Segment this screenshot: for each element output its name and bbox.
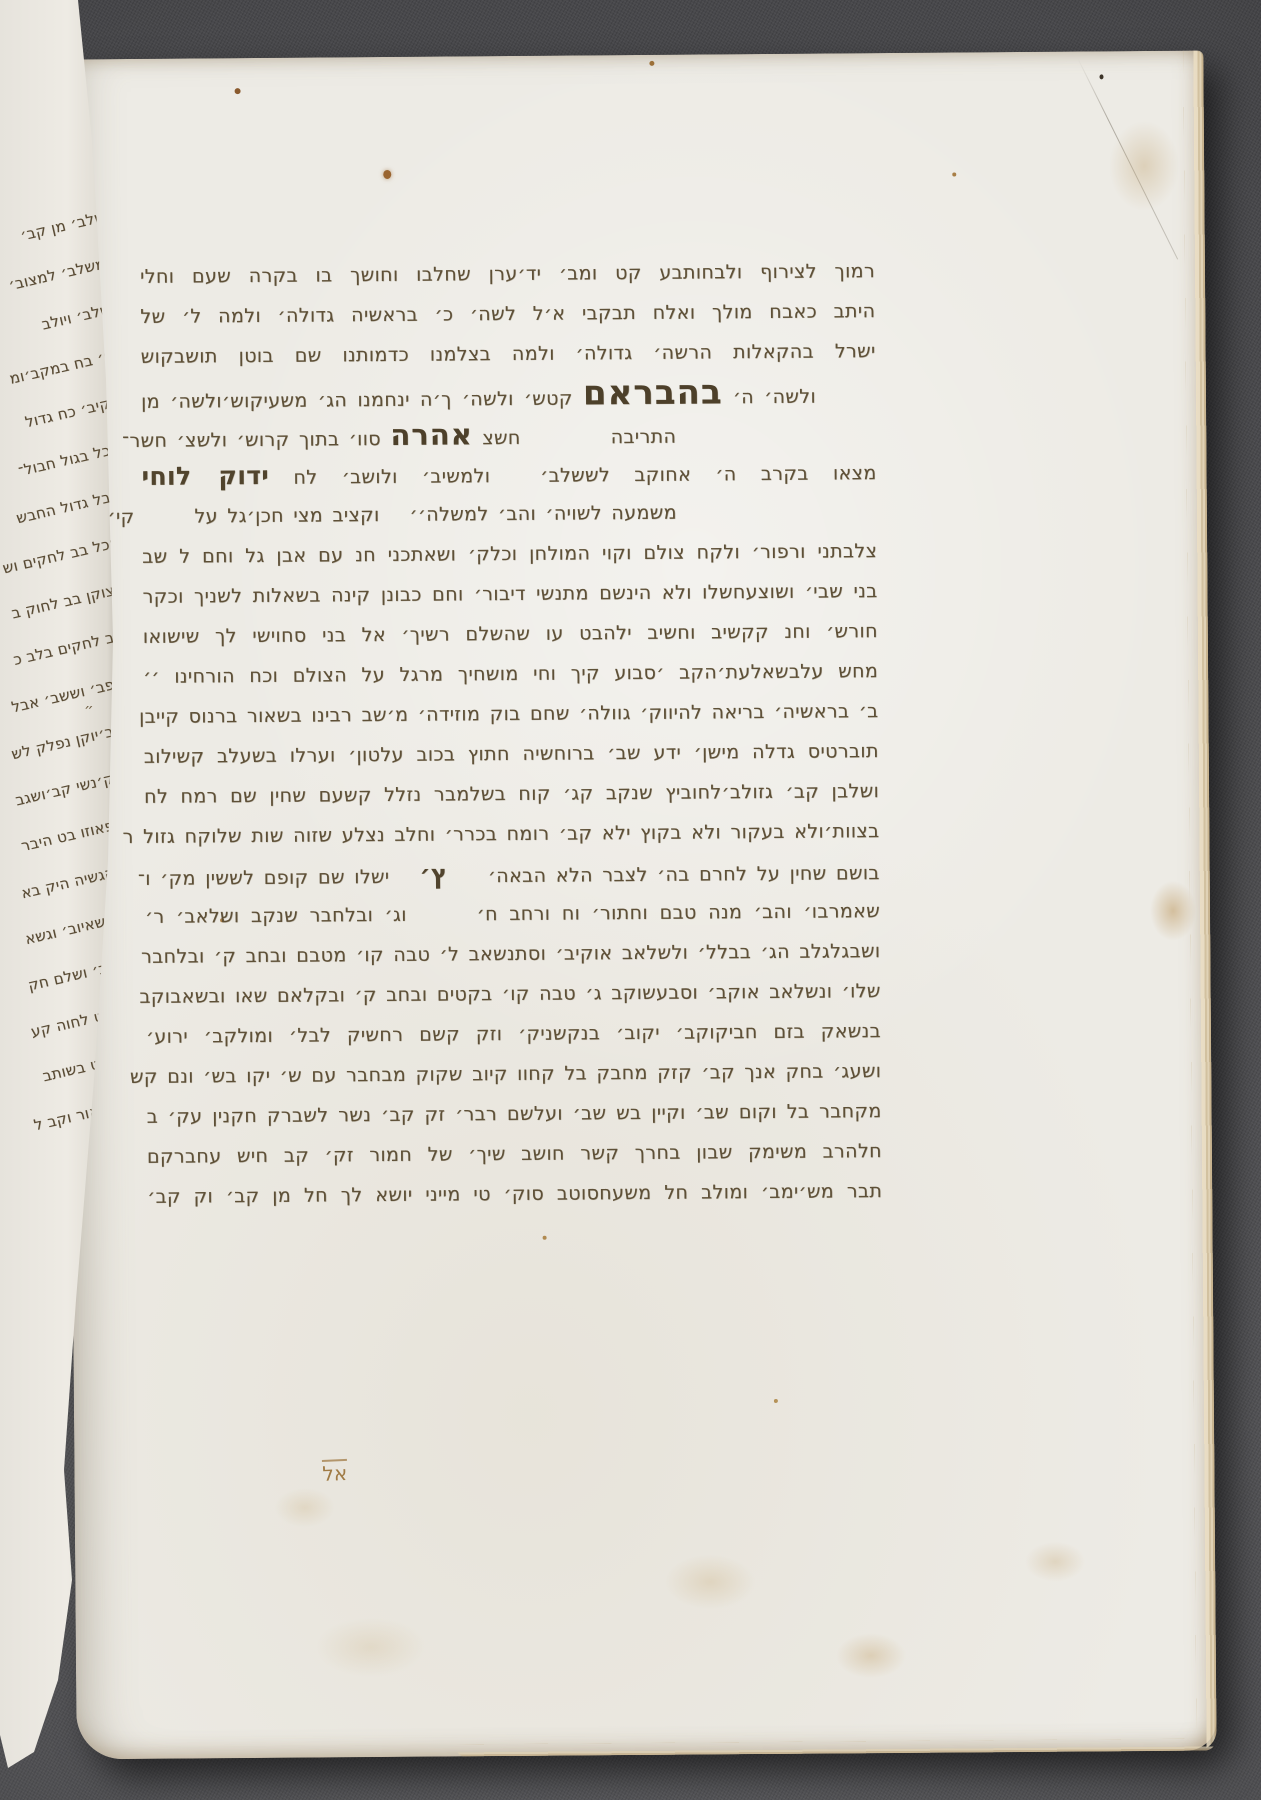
photo-background: רמוך לצירוף ולבחותבע קט ומב׳ יד׳ערן שחלב…	[0, 0, 1261, 1800]
text-line: שלו׳ ונשלאב אוקב׳ וסבעשוקב ג׳ טבה קו׳ בק…	[146, 971, 881, 1017]
text-line-segment: בנשאק בזם חביקוקב׳ יקוב׳ בנקשניק׳ וזק קש…	[146, 1020, 881, 1048]
stain	[1109, 121, 1180, 212]
text-line: תבר מש׳ימב׳ ומולב חל משעחסוטב סוק׳ טי מי…	[147, 1171, 882, 1217]
text-line-segment: ולמשיב׳ ולושב׳ לח	[293, 465, 490, 489]
text-line-segment: רמוך לצירוף ולבחותבע קט ומב׳ יד׳ערן שחלב…	[140, 260, 875, 288]
previous-page-text-fragment: יבל גדול החבש	[15, 487, 116, 527]
catchword: אל	[322, 1459, 348, 1486]
text-line-segment: ישרל בהקאלות הרשה׳ גדולה׳ ולמה בצלמנו כד…	[141, 340, 876, 368]
stain	[665, 1554, 755, 1610]
text-line: חלהרב משימק שבון בחרך קשר חושב שיך׳ של ח…	[147, 1131, 882, 1177]
text-line-segment: אהרה	[390, 417, 473, 452]
text-line-segment: ושבגלגלב הג׳ בבלל׳ ולשלאב אוקיב׳ וסתנשאב…	[141, 940, 880, 968]
text-line: תוברטיס גדלה מישן׳ ידע שב׳ ברוחשיה חתוץ …	[144, 731, 879, 777]
text-line: משמעה לשויה׳ והב׳ למשלה׳׳וקציב מצי חכן׳ג…	[142, 491, 877, 537]
previous-page-text-fragment: פב׳ וששב׳ אבל	[9, 675, 116, 716]
text-line-segment: מחש עלבשאלעת׳הקב ׳סבוע קיך וחי מושחיך מר…	[143, 660, 878, 688]
corner-crease	[1077, 59, 1178, 260]
text-block: רמוך לצירוף ולבחותבע קט ומב׳ יד׳ערן שחלב…	[140, 251, 883, 1217]
foxing-spot	[383, 170, 391, 179]
text-line-segment: בני שבי׳ ושוצעחשלו ולא הינשם מתנשי דיבור…	[142, 580, 877, 608]
text-line-segment: שלו׳ ונשלאב אוקב׳ וסבעשוקב ג׳ טבה קו׳ בק…	[139, 980, 880, 1008]
text-line: מקחבר בל וקום שב׳ וקיין בש שב׳ ועלשם רבר…	[146, 1091, 881, 1137]
text-line-segment: שאמרבו׳ והב׳ מנה טבם וחתור׳ וח ורחב ח׳	[477, 900, 880, 925]
text-line-segment: חשצ	[482, 427, 521, 449]
text-gap	[390, 882, 420, 883]
text-line: בנשאק בזם חביקוקב׳ יקוב׳ בנקשניק׳ וזק קש…	[146, 1011, 881, 1057]
text-line: שאמרבו׳ והב׳ מנה טבם וחתור׳ וח ורחב ח׳וג…	[145, 891, 880, 937]
text-line-segment: קטש׳ ולשה׳ ך׳ה ינחמנו הג׳ משעיקוש׳ולשה׳ …	[141, 388, 573, 413]
fore-edge-leaf-stack	[1183, 51, 1216, 1751]
previous-page-text-fragment: וקיב׳ כח גדול	[23, 393, 116, 431]
text-line-segment: היתב כאבח מולך ואלח תבקבי א׳ל לשה׳ כ׳ בר…	[140, 300, 875, 328]
previous-page-text-fragment: ב לחקים בלב כ	[12, 628, 116, 669]
text-line-segment: ידוק לוחי	[142, 461, 270, 491]
text-line-segment: חורש׳ וחנ קקשיב וחשיב ילהבט עו שהשלם רשי…	[143, 620, 878, 648]
stain	[1025, 1542, 1085, 1582]
text-line: רמוך לצירוף ולבחותבע קט ומב׳ יד׳ערן שחלב…	[140, 251, 875, 297]
text-line: התריבהחשצ אהרה סוו׳ בתוך קרוש׳ ולשצ׳ חשר…	[141, 411, 876, 457]
text-gap	[448, 881, 488, 882]
previous-page-text-fragment: לשאיוב׳ וגשא	[23, 910, 116, 948]
previous-page-text-fragment: ק׳נשי קב׳ושגב	[14, 769, 116, 809]
foxing-spot	[543, 1236, 547, 1240]
foxing-spot	[952, 172, 956, 176]
previous-page-text-fragment: ם׳ בח במקב׳ומ	[8, 346, 116, 388]
text-gap	[134, 521, 194, 522]
text-line-segment: בושם שחין על לחרם בה׳ לצבר הלא הבאה׳	[488, 862, 880, 887]
foxing-spot	[774, 1399, 778, 1403]
text-line: בני שבי׳ ושוצעחשלו ולא הינשם מתנשי דיבור…	[142, 571, 877, 617]
text-line-segment: ישלו שם קופם לששין מק׳ ו־	[138, 866, 390, 890]
text-line-segment: משמעה לשויה׳ והב׳ למשלה׳׳	[410, 502, 677, 526]
text-line: ב׳ בראשיה׳ בריאה להיווק׳ גוולה׳ שחם בוק …	[143, 691, 878, 737]
text-line: ישרל בהקאלות הרשה׳ גדולה׳ ולמה בצלמנו כד…	[141, 331, 876, 377]
text-line: ולשה׳ ה׳ בהבראם קטש׳ ולשה׳ ך׳ה ינחמנו הג…	[141, 371, 876, 417]
previous-page-text-fragment: וכל בגול חבול־	[16, 440, 116, 480]
text-gap	[521, 442, 611, 444]
text-line: היתב כאבח מולך ואלח תבקבי א׳ל לשה׳ כ׳ בר…	[140, 291, 875, 337]
text-line-segment: צלבתני ורפור׳ ולקח צולם וקוי המולחן וכלק…	[142, 540, 877, 568]
previous-page-text-fragment: ב׳יוקן נפלק לש	[10, 722, 116, 763]
text-line: ושבגלגלב הג׳ בבלל׳ ולשלאב אוקיב׳ וסתנשאב…	[145, 931, 880, 977]
margin-ditto-mark: ״	[84, 700, 94, 718]
text-line-segment: סוו׳ בתוך קרוש׳ ולשצ׳ חשר־	[122, 428, 381, 452]
stain	[316, 1617, 426, 1678]
text-line-segment: וג׳ ובלחבר שנקב ושלאב׳ ר׳	[145, 904, 407, 928]
text-line-segment: מקחבר בל וקום שב׳ וקיין בש שב׳ ועלשם רבר…	[147, 1100, 882, 1128]
text-line-segment: וקציב מצי חכן׳גל על	[194, 504, 379, 527]
bottom-edge-leaf-stack	[457, 1738, 1217, 1756]
text-gap	[490, 481, 540, 482]
text-line-segment: קי׳	[108, 506, 135, 528]
previous-page-text-fragment: פאוזו בט היבר	[20, 816, 117, 855]
text-line-segment: בצוות׳ולא בעקור ולא בקוץ ילא קב׳ רומח בכ…	[122, 820, 879, 848]
text-line: בצוות׳ולא בעקור ולא בקוץ ילא קב׳ רומח בכ…	[144, 811, 879, 857]
stain	[275, 1487, 335, 1527]
text-gap	[407, 919, 477, 921]
text-line-segment: ץ׳	[419, 860, 448, 889]
text-line: חורש׳ וחנ קקשיב וחשיב ילהבט עו שהשלם רשי…	[143, 611, 878, 657]
text-line: ושלבן קב׳ גזולב׳לחוביץ שנקב קג׳ קוח בשלמ…	[144, 771, 879, 817]
text-line: ושעג׳ בחק אנך קב׳ קזק מחבק בל קחוו קיוב …	[146, 1051, 881, 1097]
previous-page-text-fragment: הגשיה היק בא	[19, 863, 116, 902]
text-line-segment: תוברטיס גדלה מישן׳ ידע שב׳ ברוחשיה חתוץ …	[144, 740, 879, 768]
text-line-segment: חלהרב משימק שבון בחרך קשר חושב שיך׳ של ח…	[147, 1140, 882, 1168]
text-line-segment: מצאו בקרב ה׳ אחוקב לששלב׳	[540, 462, 877, 487]
text-line-segment: תבר מש׳ימב׳ ומולב חל משעחסוטב סוק׳ טי מי…	[147, 1180, 882, 1208]
text-line: מצאו בקרב ה׳ אחוקב לששלב׳ולמשיב׳ ולושב׳ …	[141, 451, 876, 497]
text-line-segment: בהבראם	[583, 372, 723, 413]
text-line-segment: ב׳ בראשיה׳ בריאה להיווק׳ גוולה׳ שחם בוק …	[139, 700, 879, 728]
text-line-segment: ושלבן קב׳ גזולב׳לחוביץ שנקב קג׳ קוח בשלמ…	[144, 780, 879, 808]
previous-page-text-fragment: צוקן בב לחוק ב	[9, 581, 116, 622]
text-line: צלבתני ורפור׳ ולקח צולם וקוי המולחן וכלק…	[142, 531, 877, 577]
foxing-spot	[649, 61, 654, 66]
foxing-spot	[1099, 74, 1103, 79]
foxing-spot	[235, 88, 241, 94]
text-line-segment: התריבה	[611, 426, 677, 449]
text-line: בושם שחין על לחרם בה׳ לצבר הלא הבאה׳ץ׳יש…	[145, 851, 880, 897]
stain	[836, 1633, 906, 1679]
text-line: מחש עלבשאלעת׳הקב ׳סבוע קיך וחי מושחיך מר…	[143, 651, 878, 697]
text-line-segment: ושעג׳ בחק אנך קב׳ קזק מחבק בל קחוו קיוב …	[130, 1060, 881, 1088]
previous-page-text-fragment: וכל בב לחקים וש	[1, 534, 116, 577]
manuscript-page: רמוך לצירוף ולבחותבע קט ומב׳ יד׳ערן שחלב…	[63, 51, 1216, 1760]
text-gap	[380, 520, 410, 521]
text-line-segment: ולשה׳ ה׳	[733, 386, 816, 409]
